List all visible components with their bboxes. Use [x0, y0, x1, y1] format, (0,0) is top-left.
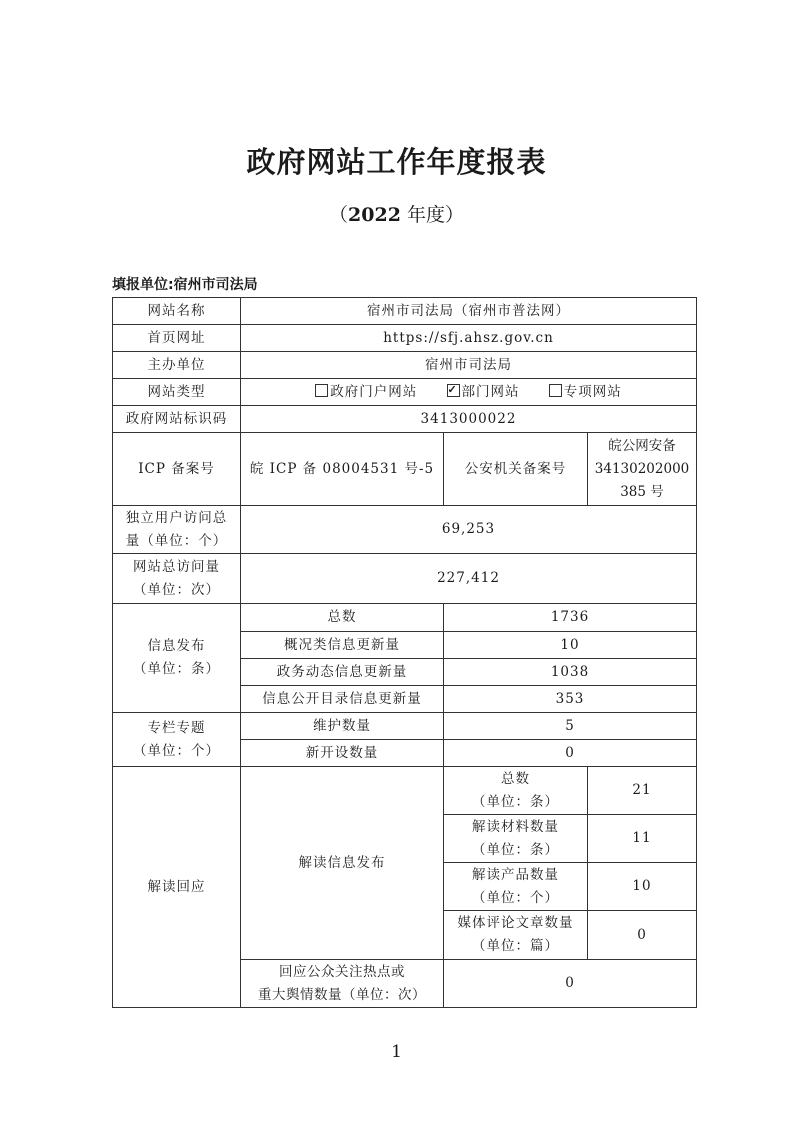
info-publish-row-value: 1736 [444, 604, 697, 632]
option-special-label: 专项网站 [564, 384, 622, 400]
info-publish-row-label: 总数 [241, 604, 444, 632]
response-value: 0 [444, 960, 697, 1008]
police-label: 公安机关备案号 [444, 433, 588, 506]
site-id-value: 3413000022 [241, 406, 697, 433]
total-visits-label: 网站总访问量 （单位：次） [113, 554, 241, 604]
response-label: 回应公众关注热点或 重大舆情数量（单位：次） [241, 960, 444, 1008]
table-row: 解读回应 解读信息发布 总数 （单位：条） 21 [113, 767, 697, 815]
option-portal-label: 政府门户网站 [330, 384, 417, 400]
label-line: （单位：条） [446, 839, 585, 862]
info-publish-row-value: 10 [444, 632, 697, 659]
police-value-line: 34130202000 [590, 458, 694, 481]
columns-row-label: 维护数量 [241, 713, 444, 740]
unique-visits-label: 独立用户访问总 量（单位：个） [113, 506, 241, 554]
label-line: 媒体评论文章数量 [446, 912, 585, 935]
info-publish-row-value: 353 [444, 686, 697, 713]
option-portal[interactable]: 政府门户网站 [315, 384, 417, 400]
label-line: 信息发布 [115, 635, 238, 658]
label-line: 量（单位：个） [115, 530, 238, 553]
label-line: 独立用户访问总 [115, 507, 238, 530]
table-row: 网站名称 宿州市司法局（宿州市普法网） [113, 298, 697, 325]
checkbox-unchecked-icon[interactable] [549, 384, 562, 397]
site-type-options: 政府门户网站 部门网站 专项网站 [241, 379, 697, 406]
homepage-value: https://sfj.ahsz.gov.cn [241, 325, 697, 352]
label-line: 专栏专题 [115, 717, 238, 740]
year-value: 2022 [348, 204, 401, 226]
label-line: （单位：条） [115, 658, 238, 681]
site-name-value: 宿州市司法局（宿州市普法网） [241, 298, 697, 325]
label-line: 回应公众关注热点或 [243, 961, 441, 984]
sponsor-label: 主办单位 [113, 352, 241, 379]
page-number: 1 [0, 1042, 793, 1062]
option-department[interactable]: 部门网站 [447, 384, 520, 400]
table-row: ICP 备案号 皖 ICP 备 08004531 号-5 公安机关备案号 皖公网… [113, 433, 697, 506]
report-year: （2022 年度） [0, 200, 793, 227]
table-row: 主办单位 宿州市司法局 [113, 352, 697, 379]
sponsor-value: 宿州市司法局 [241, 352, 697, 379]
columns-row-value: 0 [444, 740, 697, 767]
columns-row-label: 新开设数量 [241, 740, 444, 767]
option-department-label: 部门网站 [462, 384, 520, 400]
columns-row-value: 5 [444, 713, 697, 740]
label-line: （单位：个） [446, 887, 585, 910]
table-row: 信息发布 （单位：条） 总数 1736 [113, 604, 697, 632]
label-line: （单位：条） [446, 791, 585, 814]
label-line: （单位：篇） [446, 935, 585, 958]
info-publish-row-value: 1038 [444, 659, 697, 686]
info-publish-label: 信息发布 （单位：条） [113, 604, 241, 713]
checkbox-checked-icon[interactable] [447, 384, 460, 397]
label-line: 总数 [446, 768, 585, 791]
total-visits-value: 227,412 [241, 554, 697, 604]
site-type-label: 网站类型 [113, 379, 241, 406]
table-row: 独立用户访问总 量（单位：个） 69,253 [113, 506, 697, 554]
label-line: 网站总访问量 [115, 556, 238, 579]
interpretation-publish-label: 解读信息发布 [241, 767, 444, 960]
interpretation-row-label: 总数 （单位：条） [444, 767, 588, 815]
icp-value: 皖 ICP 备 08004531 号-5 [241, 433, 444, 506]
interpretation-row-value: 11 [588, 815, 697, 863]
interpretation-row-label: 解读材料数量 （单位：条） [444, 815, 588, 863]
table-row: 政府网站标识码 3413000022 [113, 406, 697, 433]
interpretation-row-label: 解读产品数量 （单位：个） [444, 863, 588, 911]
homepage-label: 首页网址 [113, 325, 241, 352]
label-line: 解读材料数量 [446, 816, 585, 839]
label-line: 重大舆情数量（单位：次） [243, 984, 441, 1007]
table-row: 网站总访问量 （单位：次） 227,412 [113, 554, 697, 604]
subtitle-open: （ [329, 204, 348, 226]
police-value-line: 皖公网安备 [590, 435, 694, 458]
table-row: 专栏专题 （单位：个） 维护数量 5 [113, 713, 697, 740]
info-publish-row-label: 政务动态信息更新量 [241, 659, 444, 686]
report-table: 网站名称 宿州市司法局（宿州市普法网） 首页网址 https://sfj.ahs… [112, 297, 697, 1008]
interpretation-row-value: 21 [588, 767, 697, 815]
interpretation-row-label: 媒体评论文章数量 （单位：篇） [444, 911, 588, 960]
table-row: 首页网址 https://sfj.ahsz.gov.cn [113, 325, 697, 352]
label-line: （单位：次） [115, 579, 238, 602]
table-row: 网站类型 政府门户网站 部门网站 专项网站 [113, 379, 697, 406]
info-publish-row-label: 信息公开目录信息更新量 [241, 686, 444, 713]
option-special[interactable]: 专项网站 [549, 384, 622, 400]
checkbox-unchecked-icon[interactable] [315, 384, 328, 397]
subtitle-rest: 年度） [401, 204, 464, 226]
site-name-label: 网站名称 [113, 298, 241, 325]
police-value-line: 385 号 [590, 481, 694, 504]
unique-visits-value: 69,253 [241, 506, 697, 554]
label-line: 解读产品数量 [446, 864, 585, 887]
interpretation-row-value: 10 [588, 863, 697, 911]
columns-label: 专栏专题 （单位：个） [113, 713, 241, 767]
info-publish-row-label: 概况类信息更新量 [241, 632, 444, 659]
site-id-label: 政府网站标识码 [113, 406, 241, 433]
label-line: （单位：个） [115, 740, 238, 763]
police-value: 皖公网安备 34130202000 385 号 [588, 433, 697, 506]
interpretation-label: 解读回应 [113, 767, 241, 1008]
interpretation-row-value: 0 [588, 911, 697, 960]
page-title: 政府网站工作年度报表 [0, 140, 793, 181]
reporting-unit: 填报单位:宿州市司法局 [112, 274, 258, 294]
icp-label: ICP 备案号 [113, 433, 241, 506]
